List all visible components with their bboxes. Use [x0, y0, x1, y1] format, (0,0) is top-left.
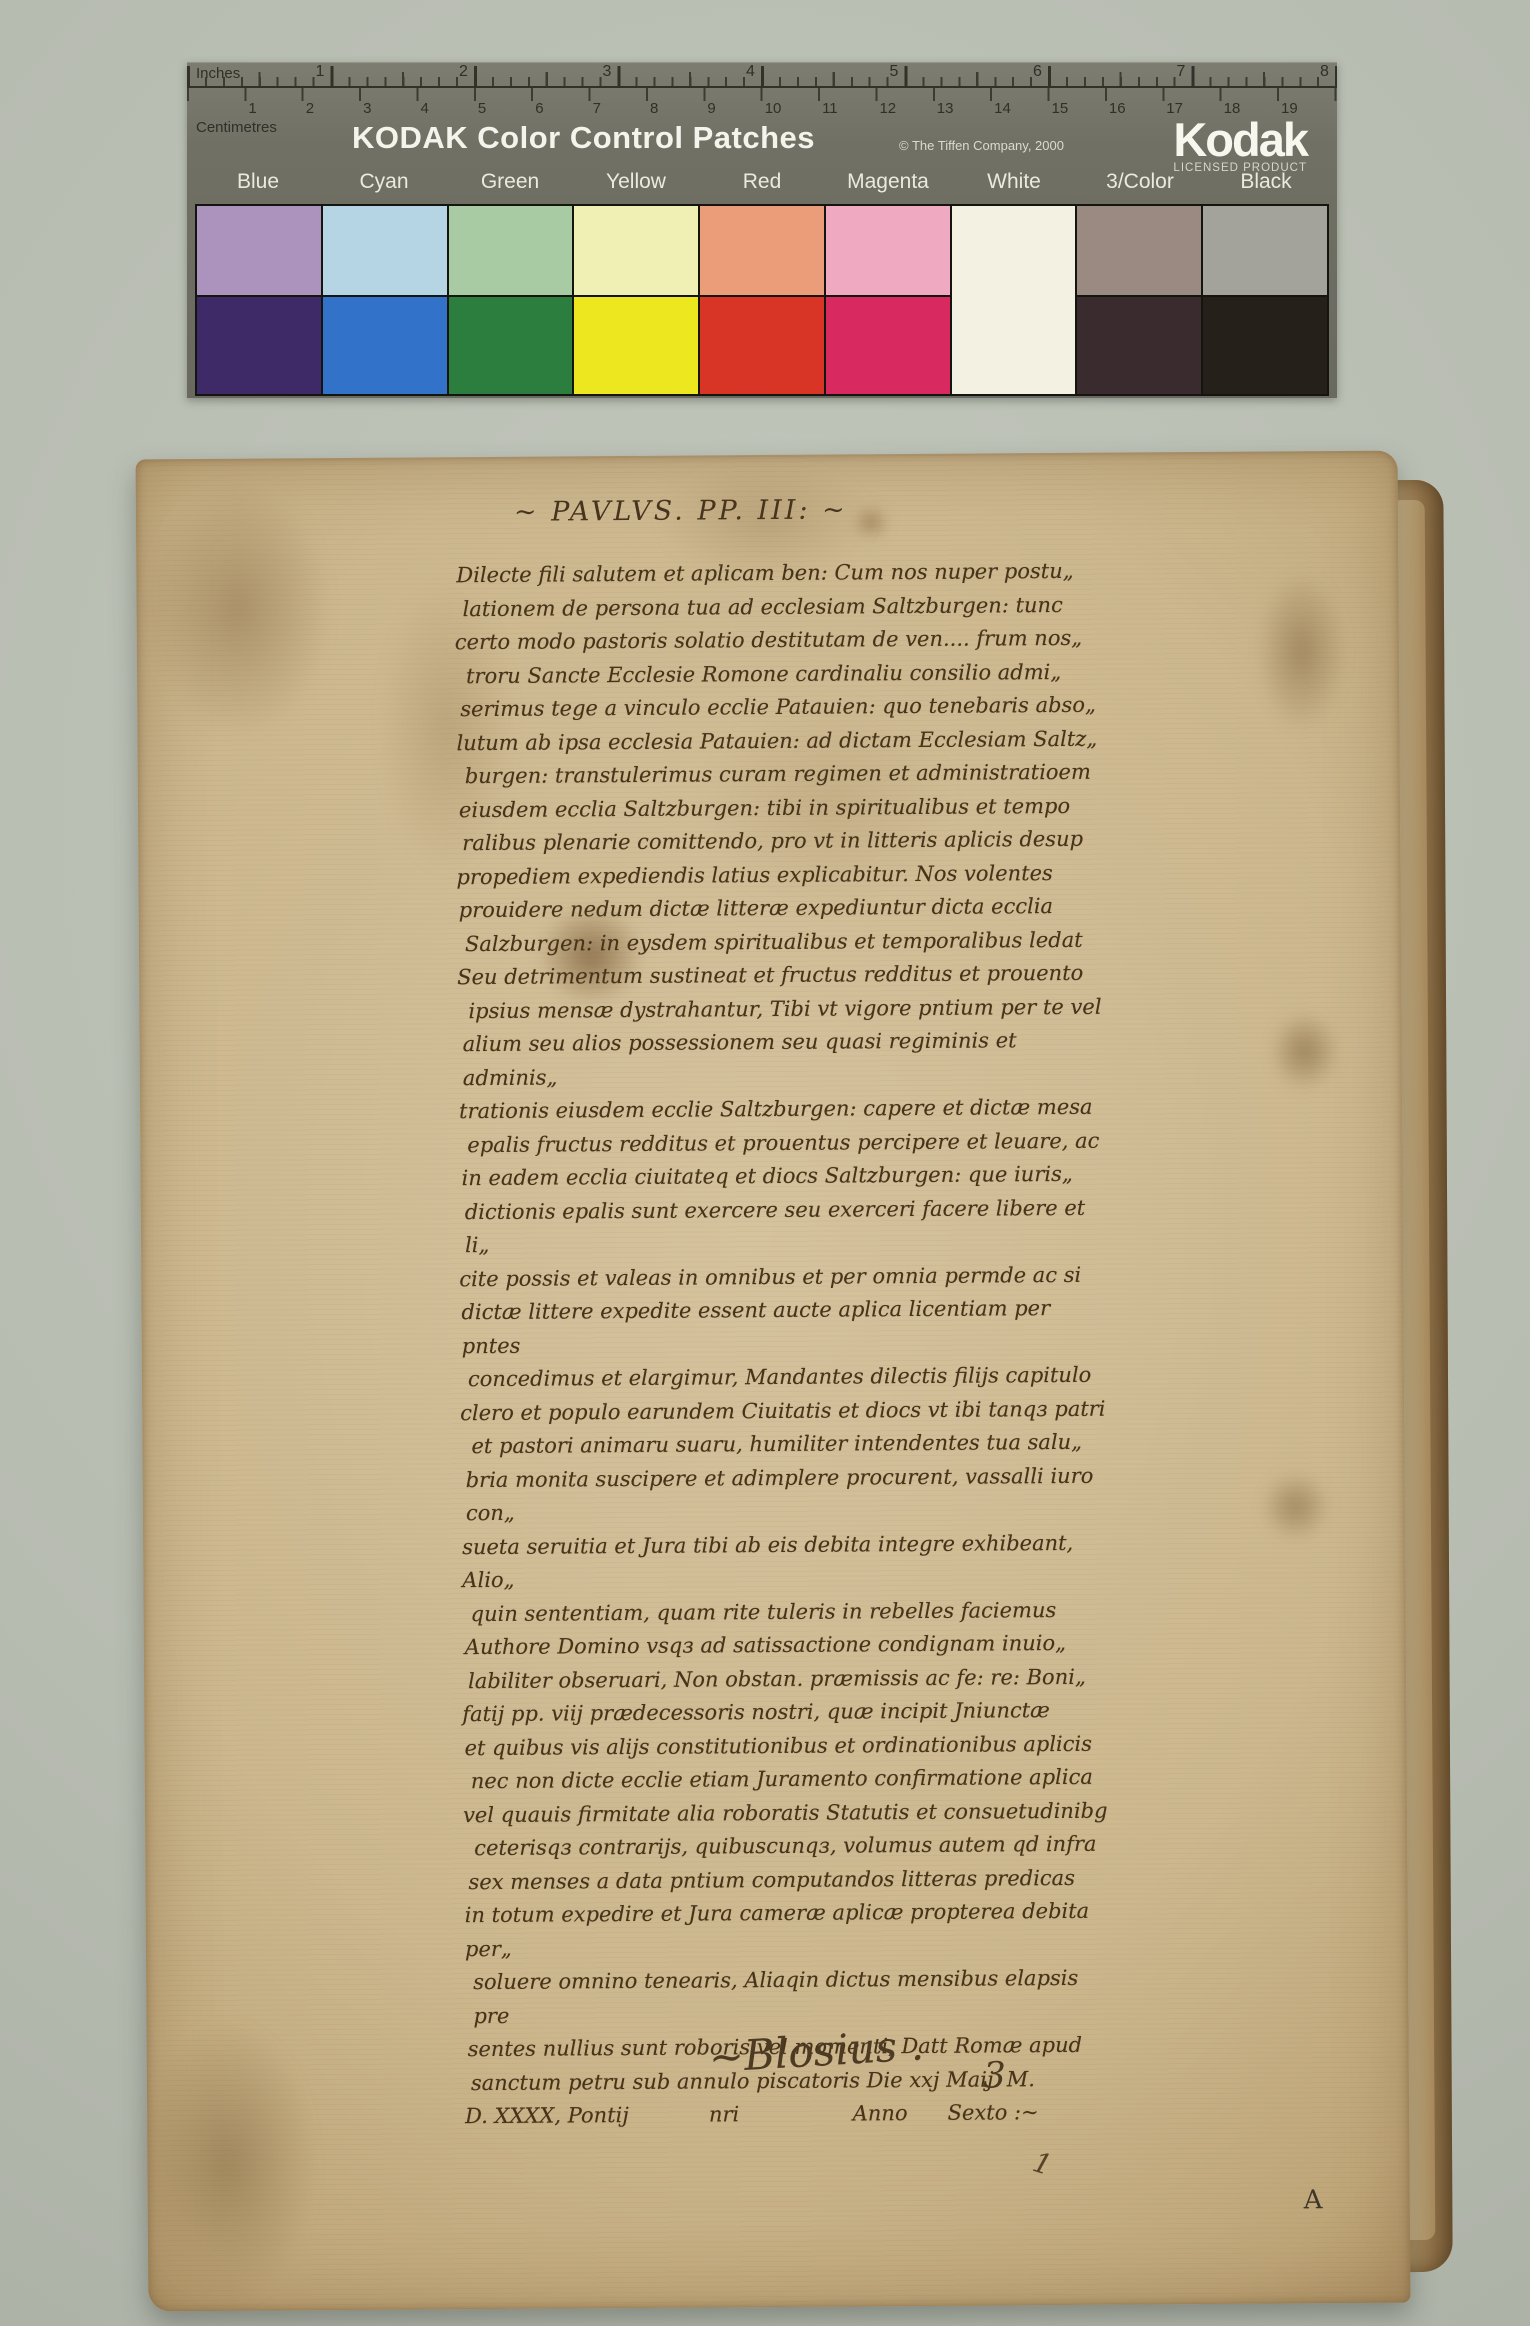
manuscript-line: soluere omnino tenearis, Aliaqin dictus … — [473, 1962, 1116, 2033]
stain — [854, 506, 888, 538]
patch-column-yellow — [574, 206, 698, 394]
patch-swatch-light — [700, 206, 824, 295]
manuscript-line: labiliter obseruari, Non obstan. præmiss… — [468, 1660, 1114, 1698]
patch-swatch-light — [449, 206, 573, 295]
patch-swatch-saturated — [1077, 297, 1201, 394]
manuscript-line: troru Sancte Ecclesie Romone cardinaliu … — [466, 655, 1107, 693]
patch-column-red — [700, 206, 824, 394]
papal-heading: ~ PAVLVS. PP. III: ~ — [514, 494, 848, 527]
manuscript-text-block: Dilecte fili salutem et aplicam ben: Cum… — [454, 555, 1117, 2134]
manuscript-line: lationem de persona tua ad ecclesiam Sal… — [462, 588, 1106, 626]
color-patch-grid — [195, 204, 1329, 396]
cm-number: 16 — [1109, 100, 1126, 117]
patch-swatch-saturated — [197, 297, 321, 394]
cm-number: 9 — [707, 100, 715, 117]
patch-swatch — [952, 206, 1076, 394]
manuscript-line: quin sententiam, quam rite tuleris in re… — [471, 1593, 1114, 1631]
patch-label-3-color: 3/Color — [1077, 170, 1203, 194]
kodak-bar-title: KODAK Color Control Patches — [352, 120, 815, 156]
cm-number: 6 — [535, 100, 543, 117]
patch-swatch-saturated — [700, 297, 824, 394]
patch-column-white — [952, 206, 1076, 394]
patch-column-magenta — [826, 206, 950, 394]
patch-label-cyan: Cyan — [321, 170, 447, 194]
patch-label-red: Red — [699, 170, 825, 194]
manuscript-line: certo modo pastoris solatio destitutam d… — [455, 622, 1107, 660]
manuscript-line: prouidere nedum dictæ litteræ expediuntu… — [459, 890, 1109, 928]
manuscript-line: in totum expedire et Jura cameræ aplicæ … — [465, 1895, 1116, 1967]
patch-column-black — [1203, 206, 1327, 394]
manuscript-line: Seu detrimentum sustineat et fructus red… — [457, 957, 1109, 995]
manuscript-line: propediem expediendis latius explicabitu… — [456, 856, 1108, 894]
manuscript-line: alium seu alios possessionem seu quasi r… — [463, 1024, 1110, 1096]
manuscript-line: D. XXXX, Pontij nri Anno Sexto :~ — [465, 2096, 1117, 2134]
manuscript-line: dictæ littere expedite essent aucte apli… — [461, 1292, 1111, 1364]
patch-column-blue — [197, 206, 321, 394]
manuscript-line: Salzburgen: in eysdem spiritualibus et t… — [465, 923, 1109, 961]
cm-number: 3 — [363, 100, 371, 117]
manuscript-line: clero et populo earundem Ciuitatis et di… — [460, 1392, 1112, 1430]
cm-number: 8 — [650, 100, 658, 117]
kodak-copyright: © The Tiffen Company, 2000 — [899, 138, 1064, 153]
manuscript-line: cite possis et valeas in omnibus et per … — [459, 1258, 1111, 1296]
manuscript-line: vel quauis firmitate alia roboratis Stat… — [463, 1794, 1115, 1832]
cm-number: 4 — [420, 100, 428, 117]
patch-column-cyan — [323, 206, 447, 394]
patch-swatch-light — [1203, 206, 1327, 295]
patch-swatch-saturated — [449, 297, 573, 394]
stain — [142, 478, 334, 739]
cm-number: 11 — [822, 100, 838, 117]
patch-swatch-light — [826, 206, 950, 295]
kodak-logo: Kodak — [1173, 112, 1307, 167]
manuscript-line: ceterisqз contrarijs, quibuscunqз, volum… — [474, 1828, 1115, 1866]
cm-number: 5 — [478, 100, 486, 117]
stain — [1269, 1011, 1340, 1091]
centimetres-label: Centimetres — [196, 119, 277, 136]
manuscript-line: in eadem ecclia ciuitateq et diocs Saltz… — [461, 1158, 1110, 1196]
patch-swatch-light — [574, 206, 698, 295]
manuscript-line: Authore Domino vsqз ad satissactione con… — [465, 1627, 1114, 1665]
patch-swatch-saturated — [826, 297, 950, 394]
inch-ruler-major-ticks — [187, 66, 1337, 86]
photograph-of-manuscript: Inches 12345678 123456789101112131415161… — [0, 0, 1530, 2326]
patch-swatch-light — [323, 206, 447, 295]
cm-ruler-ticks — [187, 88, 1337, 101]
patch-swatch-saturated — [323, 297, 447, 394]
patch-label-magenta: Magenta — [825, 170, 951, 194]
patch-swatch-light — [1077, 206, 1201, 295]
manuscript-line: sex menses a data pntium computandos lit… — [468, 1861, 1115, 1899]
cm-number: 10 — [765, 100, 782, 117]
manuscript-line: burgen: transtulerimus curam regimen et … — [465, 756, 1108, 794]
manuscript-page: ~ PAVLVS. PP. III: ~ Dilecte fili salute… — [136, 451, 1411, 2312]
manuscript-line: dictionis epalis sunt exercere seu exerc… — [465, 1191, 1111, 1263]
patch-column-green — [449, 206, 573, 394]
kodak-color-control-bar: Inches 12345678 123456789101112131415161… — [187, 62, 1337, 398]
cm-number: 2 — [306, 100, 314, 117]
stray-pen-mark: 1 — [1029, 2145, 1056, 2182]
manuscript-line: sueta seruitia et Jura tibi ab eis debit… — [462, 1526, 1113, 1598]
manuscript-line: et quibus vis alijs constitutionibus et … — [464, 1727, 1114, 1765]
cm-number: 15 — [1052, 100, 1069, 117]
stain — [1256, 571, 1347, 732]
manuscript-line: lutum ab ipsa ecclesia Patauien: ad dict… — [456, 722, 1107, 760]
signature-number: 3 — [983, 2055, 1006, 2096]
patch-swatch-saturated — [574, 297, 698, 394]
manuscript-line: ralibus plenarie comittendo, pro vt in l… — [462, 823, 1108, 861]
stain — [1261, 1471, 1331, 1541]
cm-number: 7 — [593, 100, 601, 117]
manuscript-line: eiusdem ecclia Saltzburgen: tibi in spir… — [459, 789, 1108, 827]
patch-swatch-saturated — [1203, 297, 1327, 394]
manuscript-line: fatij pp. viij prædecessoris nostri, quæ… — [462, 1694, 1114, 1732]
patch-label-green: Green — [447, 170, 573, 194]
stain — [136, 2018, 318, 2309]
manuscript-line: Dilecte fili salutem et aplicam ben: Cum… — [456, 555, 1106, 593]
manuscript-line: et pastori animaru suaru, humiliter inte… — [471, 1426, 1112, 1464]
cm-number: 13 — [937, 100, 954, 117]
cm-number: 1 — [248, 100, 256, 117]
patch-label-yellow: Yellow — [573, 170, 699, 194]
manuscript-line: bria monita suscipere et adimplere procu… — [466, 1459, 1113, 1531]
manuscript-line: concedimus et elargimur, Mandantes dilec… — [468, 1359, 1112, 1397]
corner-letter-mark: A — [1304, 2185, 1323, 2215]
patch-label-black: Black — [1203, 170, 1329, 194]
patch-name-row: BlueCyanGreenYellowRedMagentaWhite3/Colo… — [195, 170, 1329, 194]
manuscript-line: trationis eiusdem ecclie Saltzburgen: ca… — [459, 1091, 1110, 1129]
cm-number: 14 — [994, 100, 1011, 117]
manuscript-line: ipsius mensæ dystrahantur, Tibi vt vigor… — [468, 990, 1109, 1028]
patch-label-white: White — [951, 170, 1077, 194]
manuscript-line: nec non dicte ecclie etiam Juramento con… — [471, 1761, 1115, 1799]
cm-number: 12 — [879, 100, 896, 117]
manuscript-line: serimus tege a vinculo ecclie Patauien: … — [460, 689, 1107, 727]
patch-label-blue: Blue — [195, 170, 321, 194]
manuscript-line: epalis fructus redditus et prouentus per… — [467, 1124, 1110, 1162]
patch-column-3-color — [1077, 206, 1201, 394]
patch-swatch-light — [197, 206, 321, 295]
